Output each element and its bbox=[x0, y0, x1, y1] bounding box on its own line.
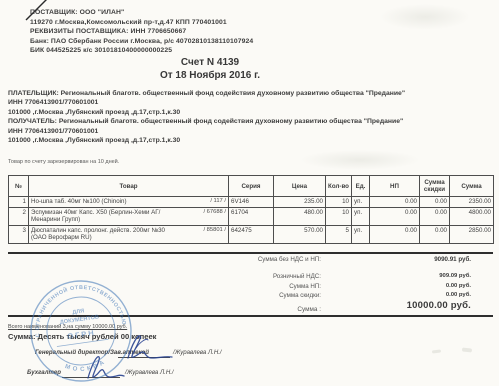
payer-address: 101000 ,г.Москва ,Лубянский проезд ,д.17… bbox=[8, 108, 405, 117]
col-header-goods: Товар bbox=[29, 176, 229, 197]
col-header-no: № bbox=[9, 176, 29, 197]
np-value: 0.00 bbox=[370, 207, 420, 225]
unit-value: уп. bbox=[352, 225, 370, 243]
stamp-center-text: ОГРН bbox=[67, 328, 96, 341]
supplier-name-line: ПОСТАВЩИК: ООО "ИЛАН" bbox=[30, 8, 253, 18]
supplier-block: ПОСТАВЩИК: ООО "ИЛАН" 119270 г.Москва,Ко… bbox=[30, 8, 253, 56]
price-value: 235.00 bbox=[274, 197, 326, 208]
row-no: 3 bbox=[9, 225, 29, 243]
product-name: Дюспаталин капс. пролонг. действ. 200мг … bbox=[31, 227, 181, 242]
stamp-inner-line2: ДОКУМЕНТОВ bbox=[60, 314, 100, 325]
stamp-ring-bottom-text: МОСКВА bbox=[63, 357, 109, 376]
table-row: 1 Но-шпа таб. 40мг №100 (Chinoin)/ 117 /… bbox=[9, 197, 494, 208]
totals-top-rule bbox=[8, 252, 493, 254]
company-stamp: С ОГРАНИЧЕННОЙ ОТВЕТСТВЕННОСТЬЮ МОСКВА Д… bbox=[26, 276, 136, 386]
supplier-bank-line: Банк: ПАО Сбербанк России г.Москва, р/с … bbox=[30, 37, 253, 47]
qty-value: 10 bbox=[326, 197, 352, 208]
qty-value: 5 bbox=[326, 225, 352, 243]
col-header-discount: Сумма скидки bbox=[420, 176, 450, 197]
col-header-qty: Кол-во bbox=[326, 176, 352, 197]
supplier-bik-line: БИК 044525225 к/с 30101810400000000225 bbox=[30, 46, 253, 56]
col-header-series: Серия bbox=[229, 176, 274, 197]
np-value: 0.00 bbox=[370, 225, 420, 243]
price-value: 480.00 bbox=[274, 207, 326, 225]
payer-inn: ИНН 7706413901/770601001 bbox=[8, 98, 405, 107]
product-name: Эспумизан 40мг Капс. Х50 (Берлин-Хеми АГ… bbox=[31, 209, 181, 224]
scan-artifact bbox=[380, 4, 470, 30]
np-value: 0.00 bbox=[370, 197, 420, 208]
reservation-note: Товар по счету зарезервирован на 10 дней… bbox=[8, 159, 119, 165]
table-row: 2 Эспумизан 40мг Капс. Х50 (Берлин-Хеми … bbox=[9, 207, 494, 225]
product-code: / 85801 / bbox=[203, 227, 226, 235]
col-header-unit: Ед. bbox=[352, 176, 370, 197]
product-code: / 67688 / bbox=[203, 209, 226, 217]
table-row: 3 Дюспаталин капс. пролонг. действ. 200м… bbox=[9, 225, 494, 243]
discount-value: 0.00 bbox=[420, 197, 450, 208]
col-header-sum: Сумма bbox=[450, 176, 494, 197]
invoice-title-block: Счет N 4139 От 18 Ноября 2016 г. bbox=[0, 56, 420, 82]
receiver-line: ПОЛУЧАТЕЛЬ: Региональный благотв. общест… bbox=[8, 117, 405, 126]
discount-value: 0.00 bbox=[420, 225, 450, 243]
total-no-vat-value: 9090.91 руб. bbox=[321, 255, 471, 264]
row-no: 1 bbox=[9, 197, 29, 208]
receiver-inn: ИНН 7706413901/770601001 bbox=[8, 127, 405, 136]
scan-artifact bbox=[432, 349, 441, 353]
svg-text:МОСКВА: МОСКВА bbox=[63, 357, 109, 376]
col-header-np: НП bbox=[370, 176, 420, 197]
svg-text:С ОГРАНИЧЕННОЙ ОТВЕТСТВЕННОСТЬ: С ОГРАНИЧЕННОЙ ОТВЕТСТВЕННОСТЬЮ bbox=[29, 278, 127, 338]
series-value: 61704 bbox=[229, 207, 274, 225]
col-header-price: Цена bbox=[274, 176, 326, 197]
total-no-vat-label: Сумма без НДС и НП: bbox=[16, 255, 321, 264]
supplier-address-line: 119270 г.Москва,Комсомольский пр-т,д.47 … bbox=[30, 18, 253, 28]
total-vat-value: 909.09 руб. bbox=[321, 272, 471, 281]
sum-value: 2850.00 bbox=[450, 225, 494, 243]
invoice-date: От 18 Ноября 2016 г. bbox=[0, 69, 420, 82]
payer-line: ПЛАТЕЛЬЩИК: Региональный благотв. общест… bbox=[8, 89, 405, 98]
unit-value: уп. bbox=[352, 197, 370, 208]
total-no-vat-row: Сумма без НДС и НП: 9090.91 руб. bbox=[8, 255, 493, 264]
scanned-invoice-page: { "supplier": { "line1": "ПОСТАВЩИК: ООО… bbox=[0, 0, 499, 386]
price-value: 570.00 bbox=[274, 225, 326, 243]
parties-block: ПЛАТЕЛЬЩИК: Региональный благотв. общест… bbox=[8, 89, 405, 145]
product-name: Но-шпа таб. 40мг №100 (Chinoin) bbox=[31, 198, 127, 206]
grand-total-value: 10000.00 руб. bbox=[321, 301, 471, 314]
sum-value: 2350.00 bbox=[450, 197, 494, 208]
row-no: 2 bbox=[9, 207, 29, 225]
invoice-number: Счет N 4139 bbox=[0, 56, 420, 69]
stamp-ring-top-text: С ОГРАНИЧЕННОЙ ОТВЕТСТВЕННОСТЬЮ bbox=[29, 278, 127, 338]
total-np-value: 0.00 руб. bbox=[321, 282, 471, 291]
qty-value: 10 bbox=[326, 207, 352, 225]
discount-value: 0.00 bbox=[420, 207, 450, 225]
receiver-address: 101000 ,г.Москва ,Лубянский проезд ,д.17… bbox=[8, 136, 405, 145]
series-value: 642475 bbox=[229, 225, 274, 243]
product-code: / 117 / bbox=[210, 198, 226, 206]
sum-value: 4800.00 bbox=[450, 207, 494, 225]
supplier-inn-line: РЕКВИЗИТЫ ПОСТАВЩИКА: ИНН 7706650667 bbox=[30, 27, 253, 37]
items-table: № Товар Серия Цена Кол-во Ед. НП Сумма с… bbox=[8, 175, 494, 244]
series-value: 6V146 bbox=[229, 197, 274, 208]
unit-value: уп. bbox=[352, 207, 370, 225]
scan-artifact bbox=[462, 347, 472, 352]
stamp-inner-line1: ДЛЯ bbox=[72, 308, 85, 316]
table-header-row: № Товар Серия Цена Кол-во Ед. НП Сумма с… bbox=[9, 176, 494, 197]
scan-artifact bbox=[300, 150, 420, 170]
director-name: /Журавлева Л.Н./ bbox=[173, 349, 222, 356]
